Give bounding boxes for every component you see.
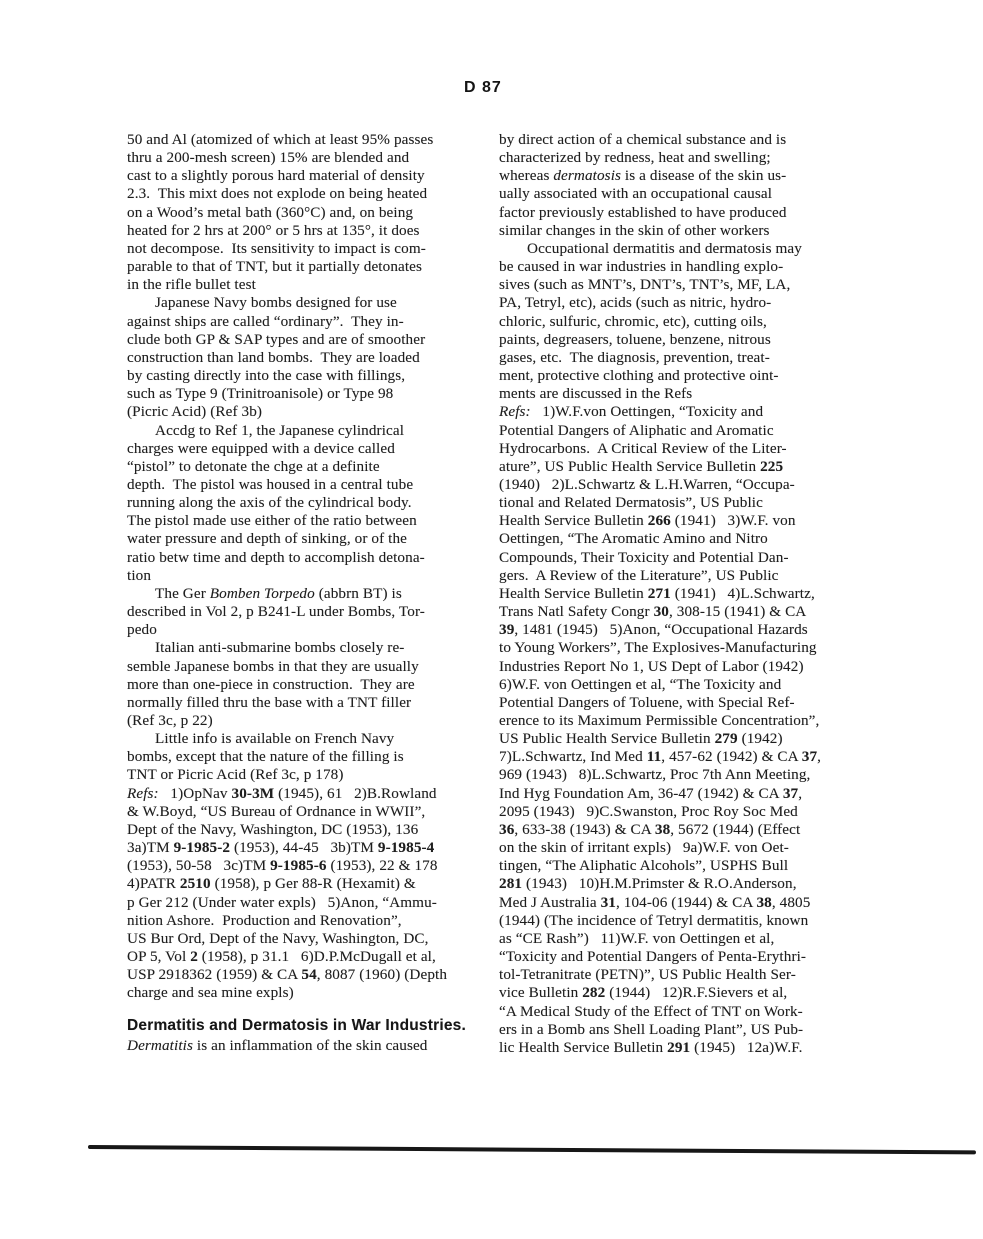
- text-segment: ers in a Bomb ans Shell Loading Plant”, …: [499, 1021, 803, 1038]
- text-line: lic Health Service Bulletin 291 (1945) 1…: [499, 1039, 863, 1057]
- text-line: depth. The pistol was housed in a centra…: [127, 476, 479, 494]
- text-segment: , 104-06 (1944) & CA: [616, 894, 756, 911]
- text-segment: Compounds, Their Toxicity and Potential …: [499, 549, 789, 566]
- text-line: tional and Related Dermatosis”, US Publi…: [499, 494, 863, 512]
- text-line: chloric, sulfuric, chromic, etc), cuttin…: [499, 313, 863, 331]
- text-segment: tional and Related Dermatosis”, US Publi…: [499, 494, 763, 511]
- paragraph: The Ger Bomben Torpedo (abbrn BT) isdesc…: [127, 585, 479, 639]
- text-segment: , 457-62 (1942) & CA: [661, 748, 801, 765]
- text-line: PA, Tetryl, etc), acids (such as nitric,…: [499, 294, 863, 312]
- text-line: against ships are called “ordinary”. The…: [127, 313, 479, 331]
- paragraph: by direct action of a chemical substance…: [499, 131, 863, 240]
- text-segment: (1953), 50-58 3c)TM: [127, 857, 270, 874]
- text-segment: 50 and Al (atomized of which at least 95…: [127, 131, 433, 148]
- text-line: Potential Dangers of Aliphatic and Aroma…: [499, 422, 863, 440]
- text-segment: 6)W.F. von Oettingen et al, “The Toxicit…: [499, 676, 781, 693]
- text-segment: 271: [648, 585, 671, 602]
- text-segment: (1958), p Ger 88-R (Hexamit) &: [211, 875, 416, 892]
- text-line: ments are discussed in the Refs: [499, 385, 863, 403]
- text-line: to Young Workers”, The Explosives-Manufa…: [499, 639, 863, 657]
- text-line: water pressure and depth of sinking, or …: [127, 530, 479, 548]
- text-segment: 2: [190, 948, 198, 965]
- text-segment: ,: [798, 785, 802, 802]
- text-line: Ind Hyg Foundation Am, 36-47 (1942) & CA…: [499, 785, 863, 803]
- text-line: by casting directly into the case with f…: [127, 367, 479, 385]
- text-line: (1953), 50-58 3c)TM 9-1985-6 (1953), 22 …: [127, 857, 479, 875]
- text-segment: 2510: [180, 875, 211, 892]
- text-line: Dept of the Navy, Washington, DC (1953),…: [127, 821, 479, 839]
- text-segment: 281: [499, 875, 522, 892]
- text-line: clude both GP & SAP types and are of smo…: [127, 331, 479, 349]
- text-line: similar changes in the skin of other wor…: [499, 222, 863, 240]
- text-segment: (1953), 22 & 178: [327, 857, 438, 874]
- text-line: The pistol made use either of the ratio …: [127, 512, 479, 530]
- text-line: Little info is available on French Navy: [127, 730, 479, 748]
- text-segment: 36: [499, 821, 514, 838]
- text-segment: clude both GP & SAP types and are of smo…: [127, 331, 425, 348]
- text-segment: , 633-38 (1943) & CA: [514, 821, 654, 838]
- text-segment: parable to that of TNT, but it partially…: [127, 258, 422, 275]
- text-segment: (1941) 4)L.Schwartz,: [671, 585, 815, 602]
- text-segment: 30-3M: [232, 785, 275, 802]
- text-line: tingen, “The Aliphatic Alcohols”, USPHS …: [499, 857, 863, 875]
- text-line: Hydrocarbons. A Critical Review of the L…: [499, 440, 863, 458]
- text-line: 969 (1943) 8)L.Schwartz, Proc 7th Ann Me…: [499, 766, 863, 784]
- text-segment: chloric, sulfuric, chromic, etc), cuttin…: [499, 313, 767, 330]
- right-text-column: by direct action of a chemical substance…: [499, 131, 863, 1057]
- text-segment: 7)L.Schwartz, Ind Med: [499, 748, 647, 765]
- text-segment: 2095 (1943) 9)C.Swanston, Proc Roy Soc M…: [499, 803, 798, 820]
- text-line: Oettingen, “The Aromatic Amino and Nitro: [499, 530, 863, 548]
- text-line: Occupational dermatitis and dermatosis m…: [499, 240, 863, 258]
- scanned-document-page: D 87 50 and Al (atomized of which at lea…: [0, 0, 983, 1239]
- text-segment: heated for 2 hrs at 200° or 5 hrs at 135…: [127, 222, 420, 239]
- text-segment: 37: [802, 748, 817, 765]
- text-segment: Ind Hyg Foundation Am, 36-47 (1942) & CA: [499, 785, 783, 802]
- paragraph: Japanese Navy bombs designed for useagai…: [127, 294, 479, 421]
- text-line: Health Service Bulletin 271 (1941) 4)L.S…: [499, 585, 863, 603]
- text-segment: in the rifle bullet test: [127, 276, 256, 293]
- text-segment: Potential Dangers of Aliphatic and Aroma…: [499, 422, 774, 439]
- text-line: tol-Tetranitrate (PETN)”, US Public Heal…: [499, 966, 863, 984]
- text-segment: cast to a slightly porous hard material …: [127, 167, 425, 184]
- text-line: 6)W.F. von Oettingen et al, “The Toxicit…: [499, 676, 863, 694]
- text-line: ually associated with an occupational ca…: [499, 185, 863, 203]
- text-segment: factor previously established to have pr…: [499, 204, 787, 221]
- text-segment: 1)OpNav: [159, 785, 232, 802]
- text-line: (1940) 2)L.Schwartz & L.H.Warren, “Occup…: [499, 476, 863, 494]
- text-segment: vice Bulletin: [499, 984, 582, 1001]
- text-segment: is an inflammation of the skin caused: [193, 1037, 428, 1054]
- text-line: parable to that of TNT, but it partially…: [127, 258, 479, 276]
- paragraph: Accdg to Ref 1, the Japanese cylindrical…: [127, 422, 479, 585]
- text-segment: 969 (1943) 8)L.Schwartz, Proc 7th Ann Me…: [499, 766, 810, 783]
- text-segment: gases, etc. The diagnosis, prevention, t…: [499, 349, 770, 366]
- text-line: US Public Health Service Bulletin 279 (1…: [499, 730, 863, 748]
- text-segment: Potential Dangers of Toluene, with Speci…: [499, 694, 795, 711]
- paragraph: 50 and Al (atomized of which at least 95…: [127, 131, 479, 294]
- text-segment: , 5672 (1944) (Effect: [670, 821, 800, 838]
- text-line: on the skin of irritant expls) 9a)W.F. v…: [499, 839, 863, 857]
- text-segment: Bomben Torpedo: [210, 585, 315, 602]
- text-segment: to Young Workers”, The Explosives-Manufa…: [499, 639, 817, 656]
- text-line: Potential Dangers of Toluene, with Speci…: [499, 694, 863, 712]
- text-segment: , 308-15 (1941) & CA: [669, 603, 806, 620]
- text-segment: 9-1985-4: [378, 839, 434, 856]
- text-line: bombs, except that the nature of the fil…: [127, 748, 479, 766]
- text-segment: similar changes in the skin of other wor…: [499, 222, 770, 239]
- text-line: nition Ashore. Production and Renovation…: [127, 912, 479, 930]
- text-segment: gers. A Review of the Literature”, US Pu…: [499, 567, 779, 584]
- text-line: Industries Report No 1, US Dept of Labor…: [499, 658, 863, 676]
- text-segment: is a disease of the skin us-: [621, 167, 786, 184]
- text-segment: sives (such as MNT’s, DNT’s, TNT’s, MF, …: [499, 276, 790, 293]
- text-line: pedo: [127, 621, 479, 639]
- text-segment: 30: [654, 603, 669, 620]
- text-segment: (1944) (The incidence of Tetryl dermatit…: [499, 912, 808, 929]
- text-segment: depth. The pistol was housed in a centra…: [127, 476, 413, 493]
- text-segment: tol-Tetranitrate (PETN)”, US Public Heal…: [499, 966, 796, 983]
- text-line: ers in a Bomb ans Shell Loading Plant”, …: [499, 1021, 863, 1039]
- text-line: more than one-piece in construction. The…: [127, 676, 479, 694]
- text-segment: (1945), 61 2)B.Rowland: [274, 785, 436, 802]
- text-segment: by direct action of a chemical substance…: [499, 131, 786, 148]
- text-segment: (1940) 2)L.Schwartz & L.H.Warren, “Occup…: [499, 476, 795, 493]
- text-segment: Refs:: [499, 403, 531, 420]
- text-segment: (Picric Acid) (Ref 3b): [127, 403, 262, 420]
- text-segment: not decompose. Its sensitivity to impact…: [127, 240, 426, 257]
- text-segment: (1953), 44-45 3b)TM: [230, 839, 378, 856]
- text-line: paints, degreasers, toluene, benzene, ni…: [499, 331, 863, 349]
- text-segment: , 1481 (1945) 5)Anon, “Occupational Haza…: [514, 621, 807, 638]
- text-line: whereas dermatosis is a disease of the s…: [499, 167, 863, 185]
- text-line: OP 5, Vol 2 (1958), p 31.1 6)D.P.McDugal…: [127, 948, 479, 966]
- text-line: heated for 2 hrs at 200° or 5 hrs at 135…: [127, 222, 479, 240]
- text-segment: The Ger: [155, 585, 210, 602]
- text-line: thru a 200-mesh screen) 15% are blended …: [127, 149, 479, 167]
- text-segment: Occupational dermatitis and dermatosis m…: [527, 240, 802, 257]
- text-segment: whereas: [499, 167, 553, 184]
- text-line: factor previously established to have pr…: [499, 204, 863, 222]
- text-line: 7)L.Schwartz, Ind Med 11, 457-62 (1942) …: [499, 748, 863, 766]
- text-line: in the rifle bullet test: [127, 276, 479, 294]
- text-segment: Health Service Bulletin: [499, 512, 648, 529]
- text-segment: by casting directly into the case with f…: [127, 367, 405, 384]
- text-line: on a Wood’s metal bath (360°C) and, on b…: [127, 204, 479, 222]
- text-line: USP 2918362 (1959) & CA 54, 8087 (1960) …: [127, 966, 479, 984]
- text-line: ature”, US Public Health Service Bulleti…: [499, 458, 863, 476]
- text-line: 36, 633-38 (1943) & CA 38, 5672 (1944) (…: [499, 821, 863, 839]
- text-segment: semble Japanese bombs in that they are u…: [127, 658, 419, 675]
- text-segment: 38: [655, 821, 670, 838]
- text-segment: 291: [667, 1039, 690, 1056]
- text-segment: Health Service Bulletin: [499, 585, 648, 602]
- text-segment: ature”, US Public Health Service Bulleti…: [499, 458, 760, 475]
- text-segment: (1944) 12)R.F.Sievers et al,: [605, 984, 787, 1001]
- text-line: Dermatitis is an inflammation of the ski…: [127, 1037, 479, 1055]
- text-line: vice Bulletin 282 (1944) 12)R.F.Sievers …: [499, 984, 863, 1002]
- text-segment: 4)PATR: [127, 875, 180, 892]
- text-line: TNT or Picric Acid (Ref 3c, p 178): [127, 766, 479, 784]
- text-line: 39, 1481 (1945) 5)Anon, “Occupational Ha…: [499, 621, 863, 639]
- text-segment: charges were equipped with a device call…: [127, 440, 395, 457]
- text-line: Accdg to Ref 1, the Japanese cylindrical: [127, 422, 479, 440]
- text-segment: 266: [648, 512, 671, 529]
- text-segment: characterized by redness, heat and swell…: [499, 149, 771, 166]
- text-segment: , 8087 (1960) (Depth: [317, 966, 447, 983]
- text-segment: 282: [582, 984, 605, 1001]
- text-segment: ment, protective clothing and protective…: [499, 367, 779, 384]
- text-line: US Bur Ord, Dept of the Navy, Washington…: [127, 930, 479, 948]
- text-segment: Dermatitis: [127, 1037, 193, 1054]
- text-segment: US Public Health Service Bulletin: [499, 730, 715, 747]
- text-line: (Ref 3c, p 22): [127, 712, 479, 730]
- text-segment: bombs, except that the nature of the fil…: [127, 748, 404, 765]
- text-line: (Picric Acid) (Ref 3b): [127, 403, 479, 421]
- text-segment: Hydrocarbons. A Critical Review of the L…: [499, 440, 787, 457]
- text-segment: Accdg to Ref 1, the Japanese cylindrical: [155, 422, 404, 439]
- text-line: Trans Natl Safety Congr 30, 308-15 (1941…: [499, 603, 863, 621]
- text-line: & W.Boyd, “US Bureau of Ordnance in WWII…: [127, 803, 479, 821]
- text-segment: OP 5, Vol: [127, 948, 190, 965]
- text-segment: such as Type 9 (Trinitroanisole) or Type…: [127, 385, 393, 402]
- paragraph: Little info is available on French Navyb…: [127, 730, 479, 784]
- text-line: ment, protective clothing and protective…: [499, 367, 863, 385]
- page-bottom-scan-line: [88, 1145, 976, 1154]
- text-segment: as “CE Rash”) 11)W.F. von Oettingen et a…: [499, 930, 774, 947]
- text-line: p Ger 212 (Under water expls) 5)Anon, “A…: [127, 894, 479, 912]
- text-segment: USP 2918362 (1959) & CA: [127, 966, 301, 983]
- text-segment: Little info is available on French Navy: [155, 730, 394, 747]
- text-segment: “pistol” to detonate the chge at a defin…: [127, 458, 380, 475]
- text-segment: (1945) 12a)W.F.: [690, 1039, 802, 1056]
- text-line: charges were equipped with a device call…: [127, 440, 479, 458]
- text-segment: be caused in war industries in handling …: [499, 258, 783, 275]
- text-line: not decompose. Its sensitivity to impact…: [127, 240, 479, 258]
- text-segment: erence to its Maximum Permissible Concen…: [499, 712, 819, 729]
- text-segment: 37: [783, 785, 798, 802]
- text-segment: 39: [499, 621, 514, 638]
- paragraph: Refs: 1)OpNav 30-3M (1945), 61 2)B.Rowla…: [127, 785, 479, 1003]
- text-line: 3a)TM 9-1985-2 (1953), 44-45 3b)TM 9-198…: [127, 839, 479, 857]
- section-heading: Dermatitis and Dermatosis in War Industr…: [127, 1015, 479, 1037]
- text-line: sives (such as MNT’s, DNT’s, TNT’s, MF, …: [499, 276, 863, 294]
- text-segment: , 4805: [772, 894, 811, 911]
- paragraph: Refs: 1)W.F.von Oettingen, “Toxicity and…: [499, 403, 863, 1057]
- text-line: 2095 (1943) 9)C.Swanston, Proc Roy Soc M…: [499, 803, 863, 821]
- text-segment: US Bur Ord, Dept of the Navy, Washington…: [127, 930, 429, 947]
- text-segment: thru a 200-mesh screen) 15% are blended …: [127, 149, 409, 166]
- text-segment: “A Medical Study of the Effect of TNT on…: [499, 1003, 803, 1020]
- text-segment: normally filled thru the base with a TNT…: [127, 694, 411, 711]
- text-line: Japanese Navy bombs designed for use: [127, 294, 479, 312]
- text-segment: 9-1985-6: [270, 857, 326, 874]
- text-segment: Industries Report No 1, US Dept of Labor…: [499, 658, 804, 675]
- text-line: such as Type 9 (Trinitroanisole) or Type…: [127, 385, 479, 403]
- text-segment: The pistol made use either of the ratio …: [127, 512, 417, 529]
- text-segment: 11: [647, 748, 662, 765]
- text-segment: (1941) 3)W.F. von: [671, 512, 796, 529]
- text-segment: 279: [715, 730, 738, 747]
- text-line: ratio betw time and depth to accomplish …: [127, 549, 479, 567]
- text-line: construction than land bombs. They are l…: [127, 349, 479, 367]
- text-segment: 2.3. This mixt does not explode on being…: [127, 185, 427, 202]
- text-segment: dermatosis: [553, 167, 621, 184]
- text-segment: (Ref 3c, p 22): [127, 712, 213, 729]
- text-segment: & W.Boyd, “US Bureau of Ordnance in WWII…: [127, 803, 425, 820]
- text-segment: 1)W.F.von Oettingen, “Toxicity and: [531, 403, 763, 420]
- text-segment: pedo: [127, 621, 157, 638]
- text-segment: ually associated with an occupational ca…: [499, 185, 772, 202]
- text-segment: ,: [817, 748, 821, 765]
- text-segment: Japanese Navy bombs designed for use: [155, 294, 397, 311]
- text-line: 50 and Al (atomized of which at least 95…: [127, 131, 479, 149]
- text-line: gases, etc. The diagnosis, prevention, t…: [499, 349, 863, 367]
- paragraph: Dermatitis is an inflammation of the ski…: [127, 1037, 479, 1055]
- text-line: Italian anti-submarine bombs closely re-: [127, 639, 479, 657]
- text-line: 2.3. This mixt does not explode on being…: [127, 185, 479, 203]
- text-segment: Dept of the Navy, Washington, DC (1953),…: [127, 821, 418, 838]
- text-line: Dermatitis and Dermatosis in War Industr…: [127, 1015, 479, 1037]
- text-line: (1944) (The incidence of Tetryl dermatit…: [499, 912, 863, 930]
- text-line: gers. A Review of the Literature”, US Pu…: [499, 567, 863, 585]
- text-segment: on a Wood’s metal bath (360°C) and, on b…: [127, 204, 413, 221]
- text-segment: Refs:: [127, 785, 159, 802]
- text-segment: Med J Australia: [499, 894, 601, 911]
- text-line: cast to a slightly porous hard material …: [127, 167, 479, 185]
- text-line: charge and sea mine expls): [127, 984, 479, 1002]
- text-segment: tion: [127, 567, 151, 584]
- text-line: tion: [127, 567, 479, 585]
- text-line: “A Medical Study of the Effect of TNT on…: [499, 1003, 863, 1021]
- text-segment: more than one-piece in construction. The…: [127, 676, 415, 693]
- text-line: Med J Australia 31, 104-06 (1944) & CA 3…: [499, 894, 863, 912]
- text-segment: p Ger 212 (Under water expls) 5)Anon, “A…: [127, 894, 437, 911]
- text-line: 4)PATR 2510 (1958), p Ger 88-R (Hexamit)…: [127, 875, 479, 893]
- text-line: be caused in war industries in handling …: [499, 258, 863, 276]
- text-segment: (1958), p 31.1 6)D.P.McDugall et al,: [198, 948, 436, 965]
- text-segment: lic Health Service Bulletin: [499, 1039, 667, 1056]
- text-segment: construction than land bombs. They are l…: [127, 349, 420, 366]
- text-segment: against ships are called “ordinary”. The…: [127, 313, 404, 330]
- text-line: 281 (1943) 10)H.M.Primster & R.O.Anderso…: [499, 875, 863, 893]
- text-line: Health Service Bulletin 266 (1941) 3)W.F…: [499, 512, 863, 530]
- text-line: semble Japanese bombs in that they are u…: [127, 658, 479, 676]
- text-segment: 38: [756, 894, 771, 911]
- text-segment: “Toxicity and Potential Dangers of Penta…: [499, 948, 806, 965]
- text-segment: Italian anti-submarine bombs closely re-: [155, 639, 404, 656]
- text-line: “pistol” to detonate the chge at a defin…: [127, 458, 479, 476]
- text-segment: paints, degreasers, toluene, benzene, ni…: [499, 331, 771, 348]
- text-segment: water pressure and depth of sinking, or …: [127, 530, 407, 547]
- paragraph: Occupational dermatitis and dermatosis m…: [499, 240, 863, 403]
- text-segment: PA, Tetryl, etc), acids (such as nitric,…: [499, 294, 771, 311]
- text-segment: ments are discussed in the Refs: [499, 385, 692, 402]
- text-line: “Toxicity and Potential Dangers of Penta…: [499, 948, 863, 966]
- text-line: Refs: 1)OpNav 30-3M (1945), 61 2)B.Rowla…: [127, 785, 479, 803]
- text-line: Compounds, Their Toxicity and Potential …: [499, 549, 863, 567]
- text-line: as “CE Rash”) 11)W.F. von Oettingen et a…: [499, 930, 863, 948]
- text-segment: 3a)TM: [127, 839, 174, 856]
- text-line: running along the axis of the cylindrica…: [127, 494, 479, 512]
- text-segment: 9-1985-2: [174, 839, 230, 856]
- text-segment: ratio betw time and depth to accomplish …: [127, 549, 425, 566]
- text-segment: (1943) 10)H.M.Primster & R.O.Anderson,: [522, 875, 797, 892]
- page-number: D 87: [464, 79, 502, 97]
- text-segment: running along the axis of the cylindrica…: [127, 494, 412, 511]
- text-segment: TNT or Picric Acid (Ref 3c, p 178): [127, 766, 344, 783]
- text-line: The Ger Bomben Torpedo (abbrn BT) is: [127, 585, 479, 603]
- text-segment: (abbrn BT) is: [315, 585, 402, 602]
- text-segment: Trans Natl Safety Congr: [499, 603, 654, 620]
- text-line: Refs: 1)W.F.von Oettingen, “Toxicity and: [499, 403, 863, 421]
- text-segment: charge and sea mine expls): [127, 984, 294, 1001]
- text-segment: tingen, “The Aliphatic Alcohols”, USPHS …: [499, 857, 788, 874]
- text-segment: 225: [760, 458, 783, 475]
- text-segment: Oettingen, “The Aromatic Amino and Nitro: [499, 530, 768, 547]
- text-segment: 31: [601, 894, 616, 911]
- text-line: described in Vol 2, p B241-L under Bombs…: [127, 603, 479, 621]
- text-line: normally filled thru the base with a TNT…: [127, 694, 479, 712]
- text-segment: described in Vol 2, p B241-L under Bombs…: [127, 603, 425, 620]
- text-segment: 54: [301, 966, 316, 983]
- left-text-column: 50 and Al (atomized of which at least 95…: [127, 131, 479, 1055]
- paragraph: Italian anti-submarine bombs closely re-…: [127, 639, 479, 730]
- text-line: erence to its Maximum Permissible Concen…: [499, 712, 863, 730]
- text-line: by direct action of a chemical substance…: [499, 131, 863, 149]
- text-segment: on the skin of irritant expls) 9a)W.F. v…: [499, 839, 789, 856]
- text-line: characterized by redness, heat and swell…: [499, 149, 863, 167]
- text-segment: Dermatitis and Dermatosis in War Industr…: [127, 1017, 466, 1034]
- text-segment: nition Ashore. Production and Renovation…: [127, 912, 402, 929]
- text-segment: (1942): [738, 730, 783, 747]
